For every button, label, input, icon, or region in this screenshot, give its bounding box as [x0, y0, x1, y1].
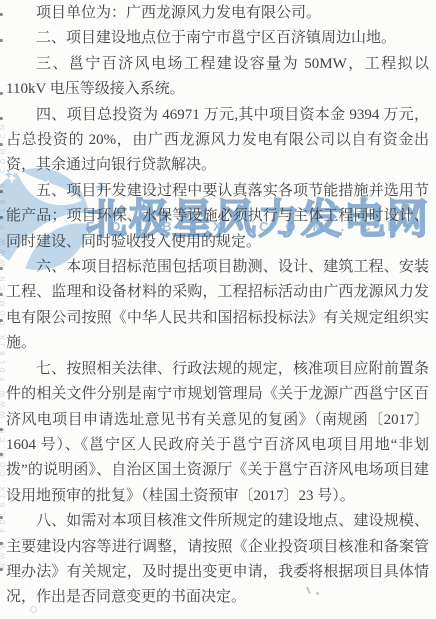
scan-edge-tick	[0, 453, 3, 456]
document-paragraph: 三、邕宁百济风电场工程建设容量为 50MW，工程拟以 110kV 电压等级接入系…	[6, 52, 429, 103]
document-paragraph: 八、如需对本项目核准文件所规定的建设地点、建设规模、主要建设内容等进行调整，请按…	[6, 509, 429, 611]
scan-edge-tick	[0, 428, 3, 431]
scan-edge-tick	[0, 568, 3, 571]
scan-edge-tick	[0, 267, 3, 270]
scan-edge-tick	[0, 216, 3, 219]
scan-edge-tick	[0, 293, 3, 296]
smudge-artifact	[30, 606, 37, 613]
document-paragraph: 七、按照相关法律、行政法规的规定，核准项目应附前置条件的相关文件分别是南宁市规划…	[6, 357, 429, 509]
scan-edge-tick	[0, 516, 3, 519]
scan-edge-tick	[0, 39, 3, 42]
document-body: 项目单位为：广西龙源风力发电有限公司。 二、项目建设地点位于南宁市邕宁区百济镇周…	[6, 1, 429, 611]
scan-edge-tick	[0, 143, 3, 146]
pencil-mark-artifact	[316, 592, 319, 595]
scan-edge-tick	[0, 319, 3, 322]
document-paragraph: 项目单位为：广西龙源风力发电有限公司。	[6, 1, 429, 26]
document-paragraph: 二、项目建设地点位于南宁市邕宁区百济镇周边山地。	[6, 26, 429, 51]
document-paragraph: 五、项目开发建设过程中要认真落实各项节能措施并选用节能产品；项目环保、水保等设施…	[6, 179, 429, 255]
scan-edge-tick	[0, 542, 3, 545]
document-paragraph: 四、项目总投资为 46971 万元,其中项目资本金 9394 万元，占总投资的 …	[6, 103, 429, 179]
document-paragraph: 六、本项目招标范围包括项目勘测、设计、建筑工程、安装工程、监理和设备材料的采购，…	[6, 255, 429, 357]
scan-edge-tick	[0, 13, 3, 16]
scan-edge-tick	[0, 92, 3, 95]
scan-edge-tick	[0, 117, 3, 120]
document-page: 北极星风力发电网 FDLBJX.COM.CN WWW.FDLBJX.COM.CN…	[0, 0, 436, 619]
scan-edge-tick	[0, 190, 3, 193]
